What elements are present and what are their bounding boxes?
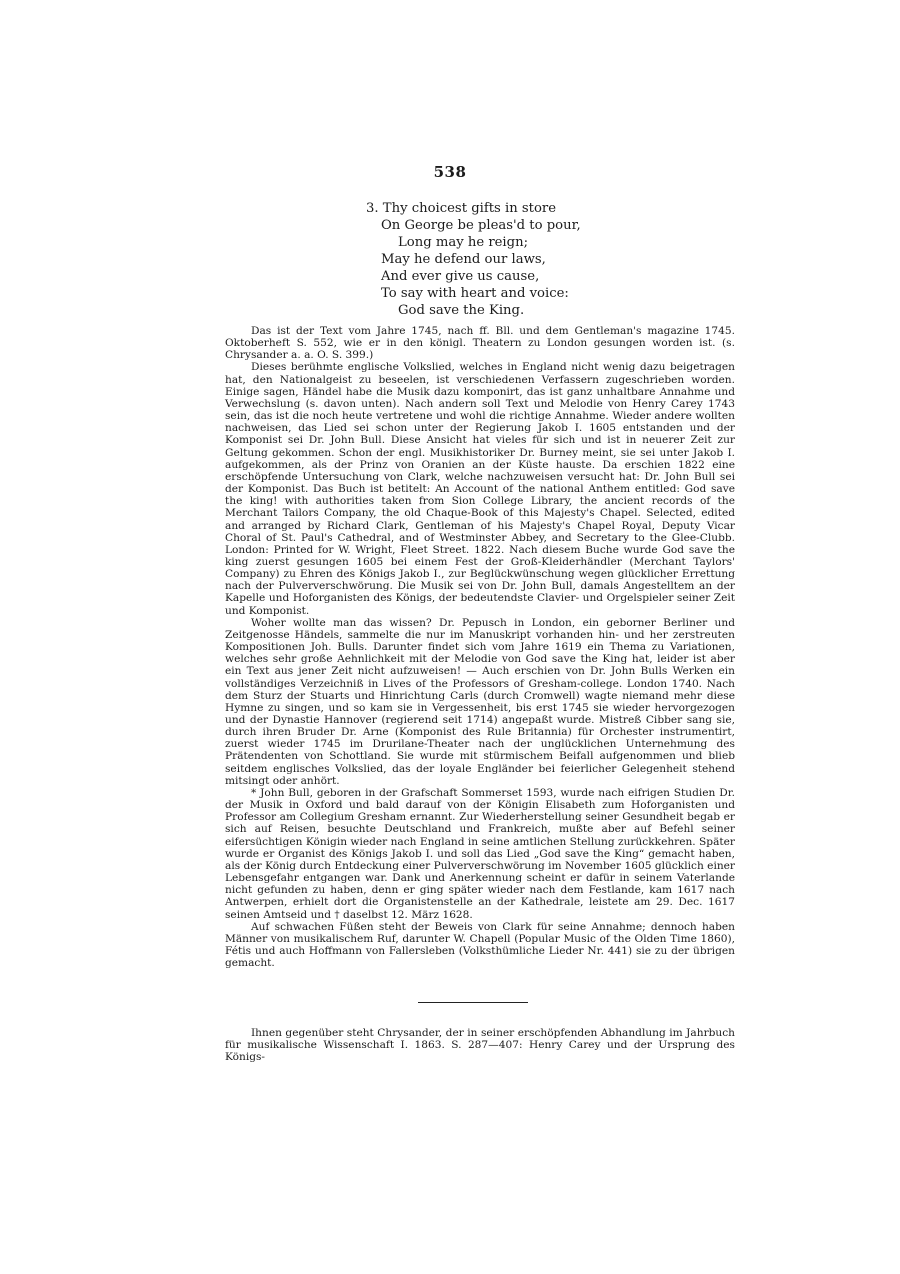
page-number: 538 <box>0 163 900 181</box>
poem-line: And ever give us cause, <box>366 268 581 285</box>
poem-line: Long may he reign; <box>366 234 581 251</box>
paragraph-history: Dieses berühmte englische Volkslied, wel… <box>225 361 735 616</box>
poem-line: On George be pleas'd to pour, <box>366 217 581 234</box>
tail-text: Ihnen gegenüber steht Chrysander, der in… <box>225 1027 735 1063</box>
paragraph-text-source: Das ist der Text vom Jahre 1745, nach ff… <box>225 325 735 361</box>
poem-stanza: 3. Thy choicest gifts in store On George… <box>366 200 581 319</box>
poem-line: 3. Thy choicest gifts in store <box>366 200 581 217</box>
poem-line: God save the King. <box>366 302 581 319</box>
body-text: Das ist der Text vom Jahre 1745, nach ff… <box>225 325 735 969</box>
poem-line: May he defend our laws, <box>366 251 581 268</box>
poem-line: To say with heart and voice: <box>366 285 581 302</box>
paragraph-clark-evidence: Auf schwachen Füßen steht der Beweis von… <box>225 921 735 970</box>
section-divider <box>418 1002 528 1003</box>
footnote-john-bull: * John Bull, geboren in der Grafschaft S… <box>225 787 735 921</box>
paragraph-chrysander: Ihnen gegenüber steht Chrysander, der in… <box>225 1027 735 1063</box>
paragraph-pepusch: Woher wollte man das wissen? Dr. Pepusch… <box>225 617 735 787</box>
